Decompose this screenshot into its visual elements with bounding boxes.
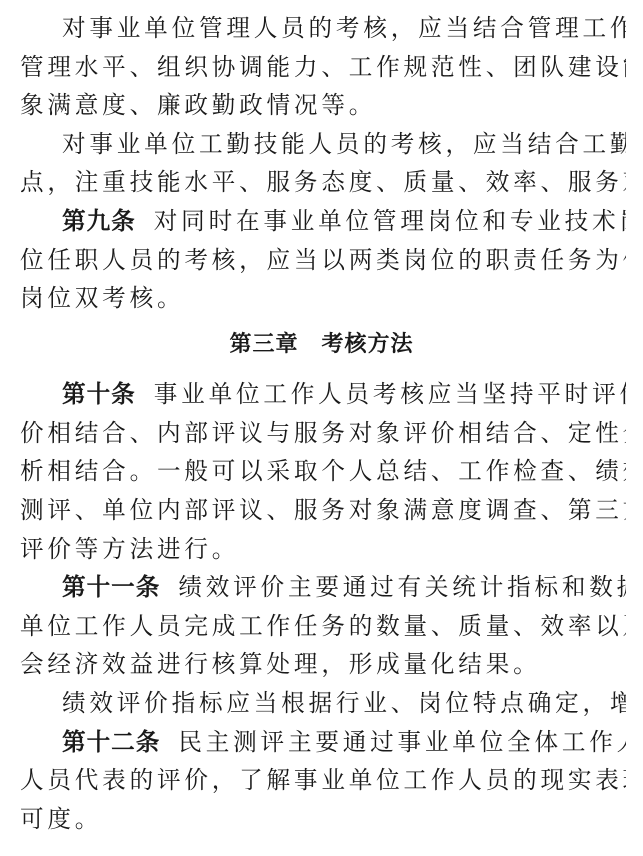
paragraph-line: 可度。	[20, 804, 626, 834]
paragraph-line: 单位工作人员完成工作任务的数量、质量、效率以及所产生的社	[20, 611, 626, 641]
paragraph-line: 对事业单位管理人员的考核，应当结合管理工作特点，注重	[62, 13, 626, 43]
article-9-line: 第九条对同时在事业单位管理岗位和专业技术岗位两类岗	[62, 206, 626, 236]
paragraph-line: 析相结合。一般可以采取个人总结、工作检查、绩效评价、民主	[20, 456, 626, 486]
paragraph-line: 岗位双考核。	[20, 283, 626, 313]
paragraph-line: 绩效评价指标应当根据行业、岗位特点确定，增强科学性。	[62, 688, 626, 718]
line-text: 对事业单位工勤技能人员的考核，应当结合工勤技能工作特	[62, 130, 626, 158]
line-text: 人员代表的评价，了解事业单位工作人员的现实表现以及群众认	[20, 766, 626, 794]
article-11-line: 第十一条绩效评价主要通过有关统计指标和数据，对事业	[62, 572, 626, 602]
line-text: 可度。	[20, 805, 102, 833]
line-text: 测评、单位内部评议、服务对象满意度调查、第三方评价、综合	[20, 496, 626, 524]
line-text: 对同时在事业单位管理岗位和专业技术岗位两类岗	[154, 207, 626, 235]
line-text: 点，注重技能水平、服务态度、质量、效率、服务对象满意度等。	[20, 168, 626, 196]
paragraph-line: 象满意度、廉政勤政情况等。	[20, 90, 626, 120]
paragraph-line: 位任职人员的考核，应当以两类岗位的职责任务为依据，实行双	[20, 245, 626, 275]
chapter-heading: 第三章 考核方法	[0, 330, 643, 360]
line-text: 评价等方法进行。	[20, 535, 239, 563]
paragraph-line: 评价等方法进行。	[20, 534, 626, 564]
paragraph-line: 价相结合、内部评议与服务对象评价相结合、定性分析与定量分	[20, 418, 626, 448]
article-12-line: 第十二条民主测评主要通过事业单位全体工作人员或工作	[62, 727, 626, 757]
article-label: 第十条	[62, 380, 136, 408]
line-text: 绩效评价主要通过有关统计指标和数据，对事业	[178, 573, 626, 601]
line-text: 绩效评价指标应当根据行业、岗位特点确定，增强科学性。	[62, 689, 626, 717]
document-page: 对事业单位管理人员的考核，应当结合管理工作特点，注重 管理水平、组织协调能力、工…	[0, 0, 643, 856]
article-label: 第十二条	[62, 728, 160, 756]
paragraph-line: 测评、单位内部评议、服务对象满意度调查、第三方评价、综合	[20, 495, 626, 525]
line-text: 会经济效益进行核算处理，形成量化结果。	[20, 650, 540, 678]
line-text: 单位工作人员完成工作任务的数量、质量、效率以及所产生的社	[20, 612, 626, 640]
paragraph-line: 管理水平、组织协调能力、工作规范性、团队建设能力、服务对	[20, 52, 626, 82]
paragraph-line: 人员代表的评价，了解事业单位工作人员的现实表现以及群众认	[20, 765, 626, 795]
line-text: 岗位双考核。	[20, 284, 184, 312]
article-label: 第十一条	[62, 573, 160, 601]
line-text: 管理水平、组织协调能力、工作规范性、团队建设能力、服务对	[20, 53, 626, 81]
paragraph-line: 对事业单位工勤技能人员的考核，应当结合工勤技能工作特	[62, 129, 626, 159]
line-text: 象满意度、廉政勤政情况等。	[20, 91, 376, 119]
line-text: 民主测评主要通过事业单位全体工作人员或工作	[178, 728, 626, 756]
paragraph-line: 点，注重技能水平、服务态度、质量、效率、服务对象满意度等。	[20, 167, 626, 197]
article-10-line: 第十条事业单位工作人员考核应当坚持平时评价与定期评	[62, 379, 626, 409]
line-text: 位任职人员的考核，应当以两类岗位的职责任务为依据，实行双	[20, 246, 626, 274]
article-label: 第九条	[62, 207, 136, 235]
line-text: 析相结合。一般可以采取个人总结、工作检查、绩效评价、民主	[20, 457, 626, 485]
paragraph-line: 会经济效益进行核算处理，形成量化结果。	[20, 649, 626, 679]
line-text: 事业单位工作人员考核应当坚持平时评价与定期评	[154, 380, 626, 408]
line-text: 价相结合、内部评议与服务对象评价相结合、定性分析与定量分	[20, 419, 626, 447]
line-text: 对事业单位管理人员的考核，应当结合管理工作特点，注重	[62, 14, 626, 42]
